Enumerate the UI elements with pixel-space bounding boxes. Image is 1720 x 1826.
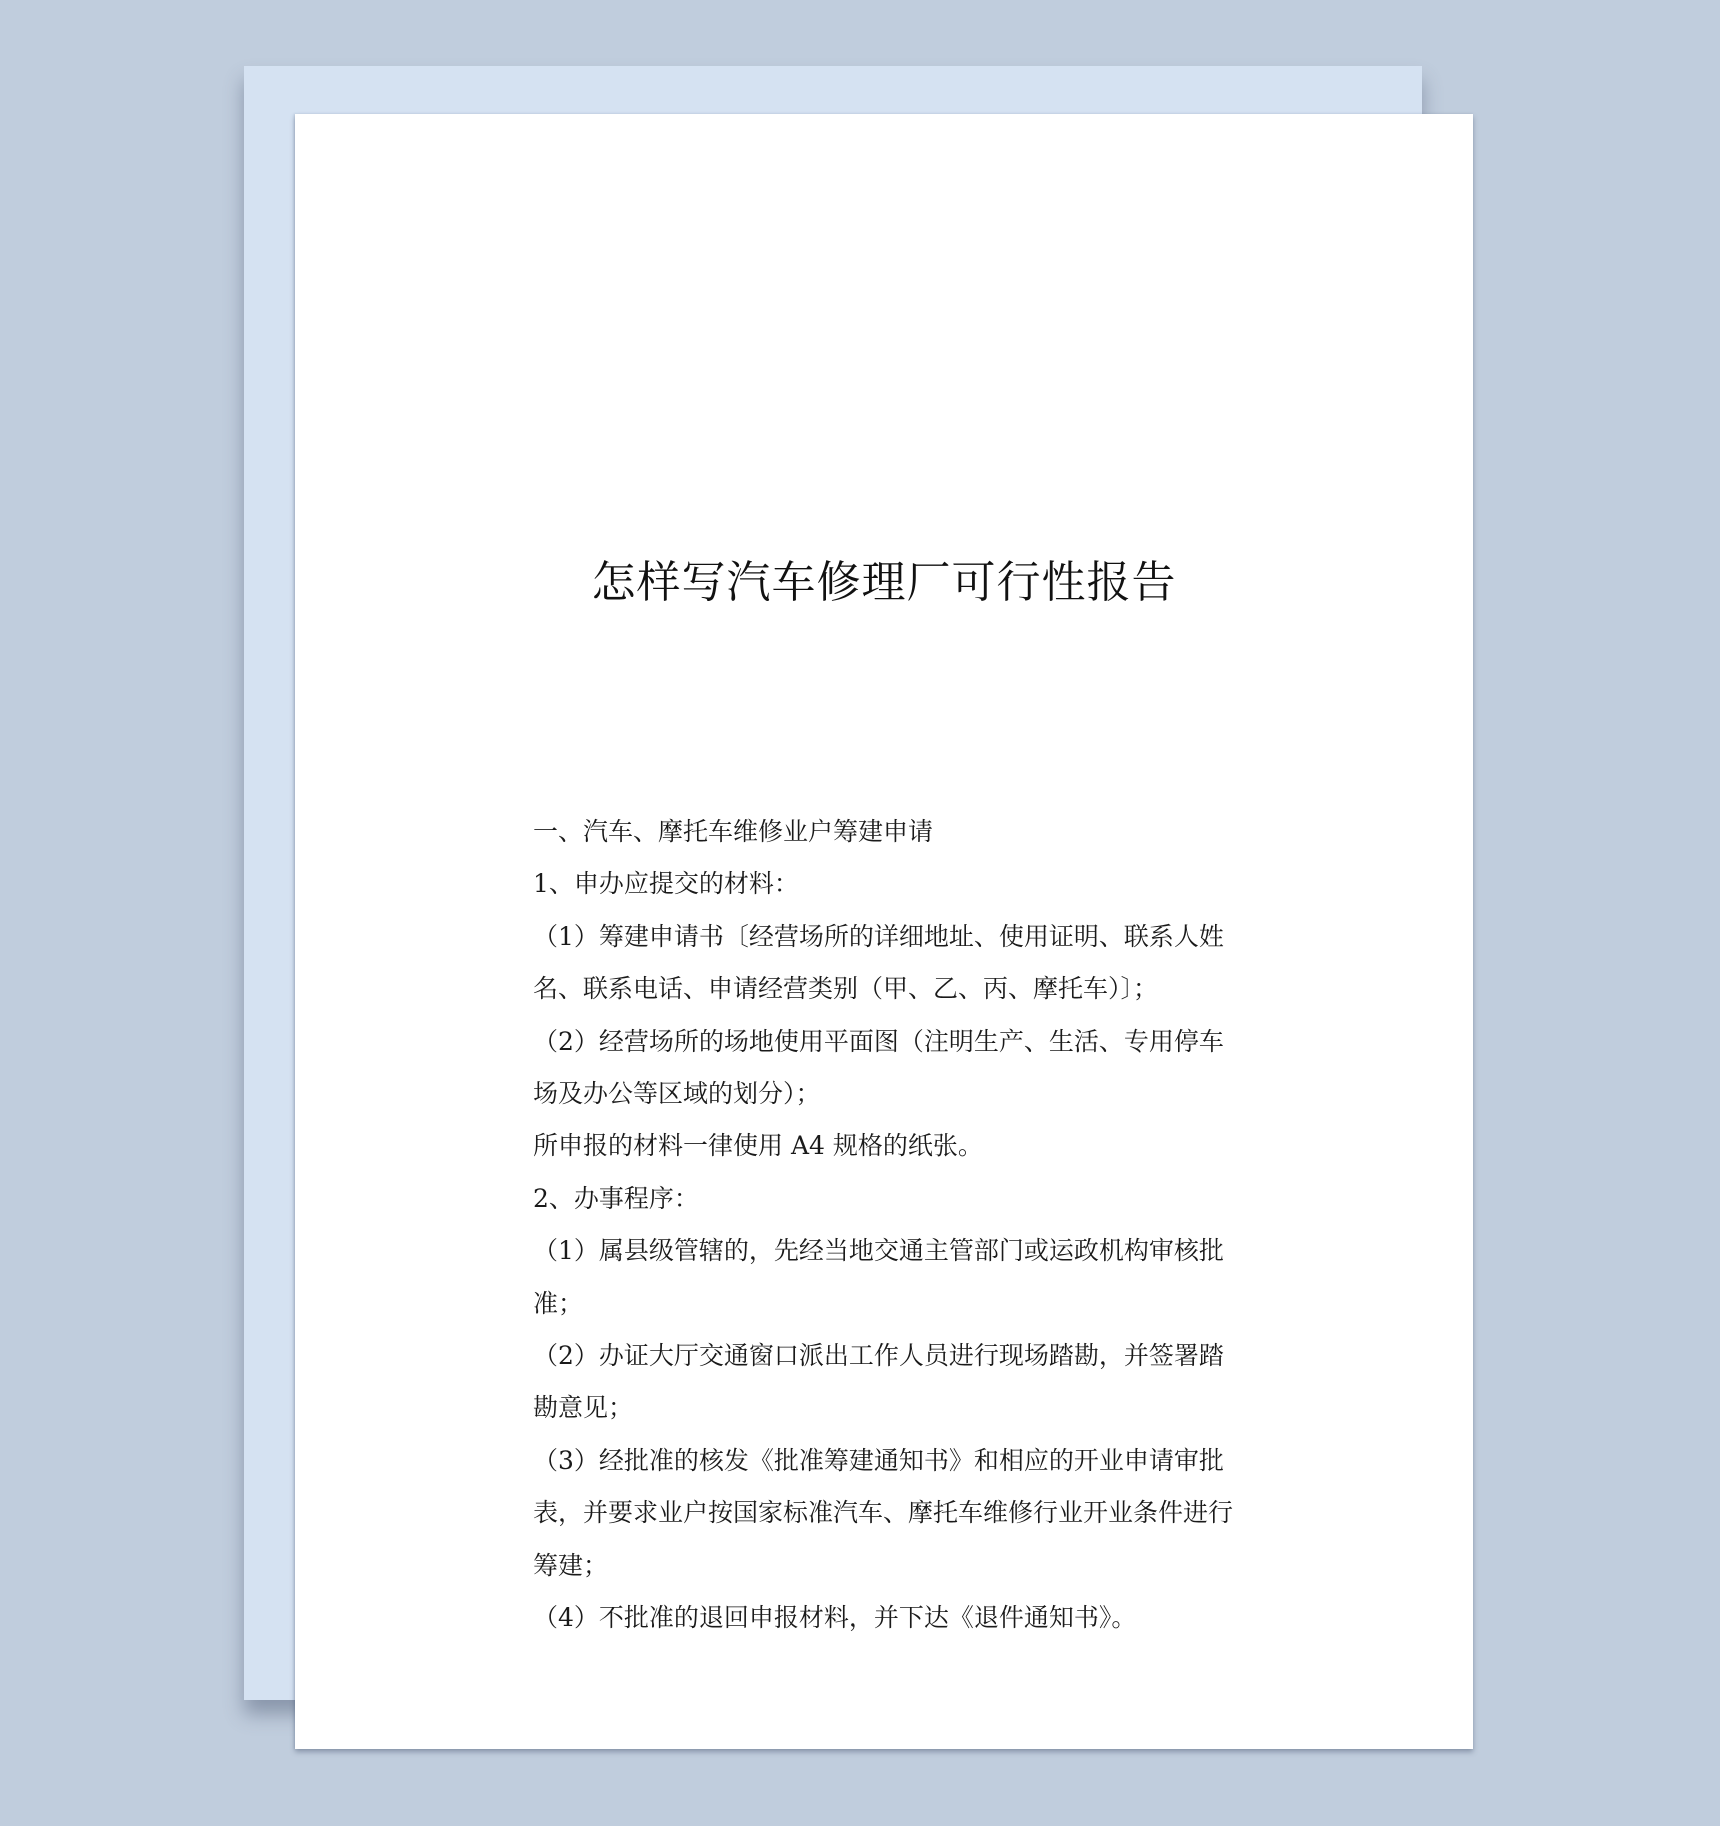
paragraph-line: 表，并要求业户按国家标准汽车、摩托车维修行业开业条件进行 <box>533 1487 1237 1539</box>
paragraph-line: （1）筹建申请书〔经营场所的详细地址、使用证明、联系人姓 <box>533 911 1237 963</box>
document-title: 怎样写汽车修理厂可行性报告 <box>295 546 1473 610</box>
document-page: 怎样写汽车修理厂可行性报告 一、汽车、摩托车维修业户筹建申请 1、申办应提交的材… <box>295 114 1473 1749</box>
paragraph-line: （4）不批准的退回申报材料，并下达《退件通知书》。 <box>533 1592 1237 1644</box>
paragraph-line: 筹建； <box>533 1540 1237 1592</box>
paragraph-line: 所申报的材料一律使用 A4 规格的纸张。 <box>533 1120 1237 1172</box>
paragraph-line: 准； <box>533 1278 1237 1330</box>
paragraph-line: （2）办证大厅交通窗口派出工作人员进行现场踏勘，并签署踏 <box>533 1330 1237 1382</box>
paragraph-line: 名、联系电话、申请经营类别（甲、乙、丙、摩托车）〕； <box>533 963 1237 1015</box>
section-heading: 一、汽车、摩托车维修业户筹建申请 <box>533 806 1237 858</box>
document-body: 一、汽车、摩托车维修业户筹建申请 1、申办应提交的材料： （1）筹建申请书〔经营… <box>533 806 1237 1645</box>
subsection-heading: 1、申办应提交的材料： <box>533 858 1237 910</box>
paragraph-line: （2）经营场所的场地使用平面图（注明生产、生活、专用停车 <box>533 1016 1237 1068</box>
paragraph-line: （1）属县级管辖的，先经当地交通主管部门或运政机构审核批 <box>533 1225 1237 1277</box>
subsection-heading: 2、办事程序： <box>533 1173 1237 1225</box>
paragraph-line: 勘意见； <box>533 1382 1237 1434</box>
paragraph-line: （3）经批准的核发《批准筹建通知书》和相应的开业申请审批 <box>533 1435 1237 1487</box>
paragraph-line: 场及办公等区域的划分）； <box>533 1068 1237 1120</box>
